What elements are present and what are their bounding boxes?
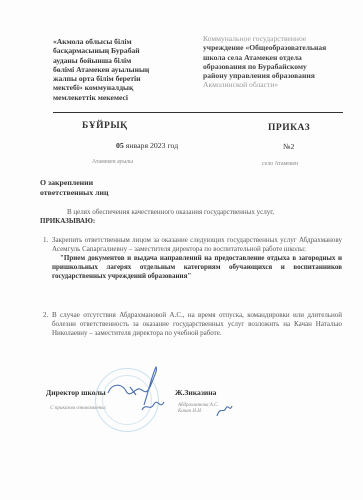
preamble: В целях обеспечения качественного оказан… (40, 208, 338, 226)
order-number: №2 (283, 142, 294, 151)
command: ПРИКАЗЫВАЮ: (40, 217, 338, 226)
ack-label: С приказом ознакомлены: (50, 405, 107, 411)
ack-signature-icon (140, 396, 168, 416)
service-name: "Прием документов и выдача направлений н… (52, 254, 342, 281)
header-divider (53, 112, 343, 113)
order-title-russian: ПРИКАЗ (268, 123, 310, 133)
ack-names: Абдрахманова А.С. Качан Н.Н. (178, 403, 219, 416)
order-subject: О закреплении ответственных лиц (40, 178, 108, 197)
place-russian: село Атамекен (262, 161, 298, 167)
place-kazakh: Атамекен ауылы (92, 159, 133, 165)
order-item-2: 2. В случае отсутствия Абдрахмановой А.С… (52, 311, 342, 338)
org-name-kazakh: «Акмола облысы білім басқармасының Бураб… (53, 37, 178, 102)
org-name-russian: Коммунальное государственное учреждение … (203, 34, 343, 90)
order-item-1: 1. Закрепить ответственным лицом за оказ… (52, 236, 342, 281)
order-title-kazakh: БҰЙРЫҚ (82, 121, 128, 131)
order-date: 05 января 2023 год (116, 141, 178, 150)
director-name: Ж.Зиказина (175, 388, 216, 397)
director-role: Директор школы (46, 388, 106, 397)
